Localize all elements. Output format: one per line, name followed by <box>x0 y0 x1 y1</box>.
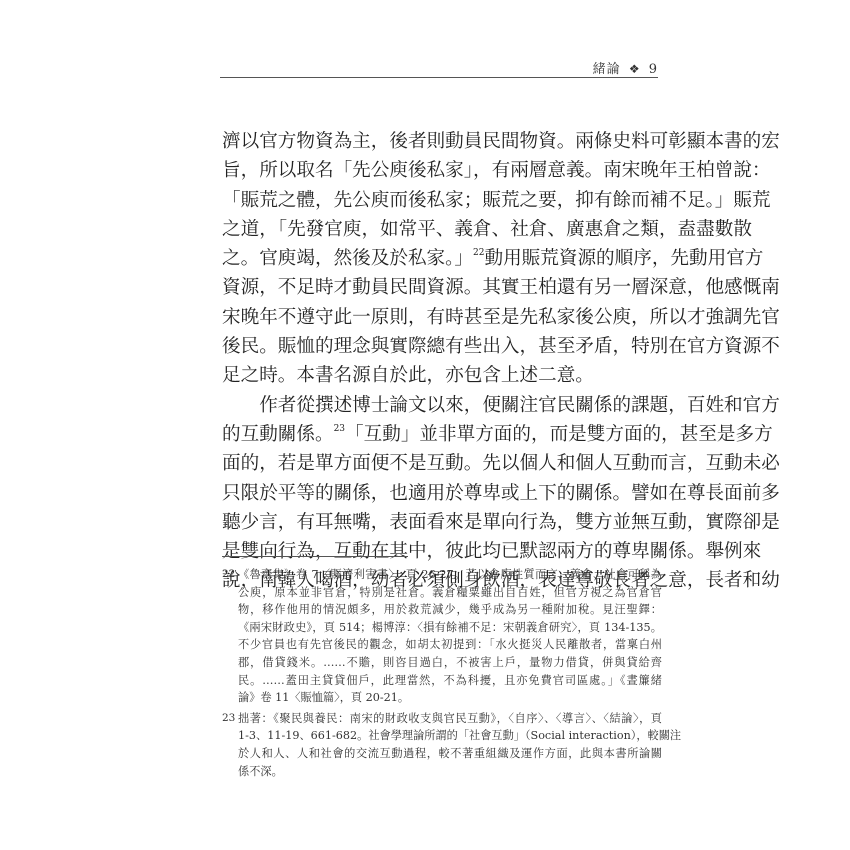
body-line: 的互動關係。23「互動」並非單方面的，而是雙方面的，甚至是多方 <box>222 420 662 449</box>
footnote-number: 22 <box>222 566 235 584</box>
footnote-line: 《魯齋集》卷 7〈賑濟利害書〉，頁 26-27。若以倉庾性質而言，義倉、社倉可稱… <box>238 566 662 584</box>
ornament-icon: ❖ <box>629 62 641 76</box>
body-line-part: 動用賑荒資源的順序，先動用官方 <box>484 248 763 269</box>
body-line: 足之時。本書名源自於此，亦包含上述二意。 <box>222 361 662 390</box>
footnote-line: 郡，借貸錢米。……不贍，則咨目過白，不被害上戶，量物力借貸，併與貸給齊 <box>238 654 662 672</box>
footnote-line: 論》卷 11〈賑恤篇〉，頁 20-21。 <box>238 689 662 707</box>
footnote-number: 23 <box>222 710 235 728</box>
footnote-23: 23 拙著：《聚民與養民：南宋的財政收支與官民互動》，〈自序〉、〈導言〉、〈結論… <box>222 710 662 780</box>
book-page: 緒論 ❖ 9 濟以官方物資為主，後者則動員民間物資。兩條史料可彰顯本書的宏 旨，… <box>0 0 850 850</box>
body-line: 宋晚年不遵守此一原則，有時甚至是先私家後公庾，所以才強調先官 <box>222 303 662 332</box>
footnote-line: 係不深。 <box>238 763 662 781</box>
footnote-ref-22[interactable]: 22 <box>473 248 484 258</box>
body-line: 後民。賑恤的理念與實際總有些出入，甚至矛盾，特別在官方資源不 <box>222 332 662 361</box>
body-line-part: 之。官庾竭，然後及於私家。」 <box>222 248 473 269</box>
body-line: 聽少言，有耳無嘴，表面看來是單向行為，雙方並無互動，實際卻是 <box>222 508 662 537</box>
footnote-line: 1-3、11-19、661-682。社會學理論所謂的「社會互動」（Social … <box>238 727 662 745</box>
body-line: 只限於平等的關係，也適用於尊卑或上下的關係。譬如在尊長面前多 <box>222 479 662 508</box>
body-line: 旨，所以取名「先公庾後私家」，有兩層意義。南宋晚年王柏曾說： <box>222 156 662 185</box>
body-line: 是雙向行為，互動在其中，彼此均已默認兩方的尊卑關係。舉例來 <box>222 537 662 566</box>
page-number: 9 <box>649 62 658 77</box>
footnote-ref-23[interactable]: 23 <box>334 424 345 434</box>
chapter-title: 緒論 <box>593 62 621 77</box>
footnotes: 22 《魯齋集》卷 7〈賑濟利害書〉，頁 26-27。若以倉庾性質而言，義倉、社… <box>222 566 662 783</box>
footnote-separator <box>222 556 408 557</box>
body-line: 面的，若是單方面便不是互動。先以個人和個人互動而言，互動未必 <box>222 449 662 478</box>
footnote-line: 民。……蓋田主貸貸佃戶，此理當然，不為科擾，且亦免費官司區處。」《晝簾緒 <box>238 672 662 690</box>
body-line: 作者從撰述博士論文以來，便關注官民關係的課題，百姓和官方 <box>222 391 662 420</box>
body-line: 之。官庾竭，然後及於私家。」22動用賑荒資源的順序，先動用官方 <box>222 244 662 273</box>
footnote-line: 《兩宋財政史》，頁 514；楊博淳：〈損有餘補不足：宋朝義倉研究〉，頁 134-… <box>238 619 662 637</box>
body-text: 濟以官方物資為主，後者則動員民間物資。兩條史料可彰顯本書的宏 旨，所以取名「先公… <box>222 127 662 596</box>
footnote-line: 拙著：《聚民與養民：南宋的財政收支與官民互動》，〈自序〉、〈導言〉、〈結論〉，頁 <box>238 710 662 728</box>
body-line: 之道，「先發官庾，如常平、義倉、社倉、廣惠倉之類，盍盡數散 <box>222 215 662 244</box>
body-line-part: 「互動」並非單方面的，而是雙方面的，甚至是多方 <box>345 424 773 445</box>
footnote-line: 物，移作他用的情況頗多，用於救荒減少，幾乎成為另一種附加稅。見汪聖鐸： <box>238 601 662 619</box>
footnote-22: 22 《魯齋集》卷 7〈賑濟利害書〉，頁 26-27。若以倉庾性質而言，義倉、社… <box>222 566 662 707</box>
body-line: 「賑荒之體，先公庾而後私家；賑荒之要，抑有餘而補不足。」賑荒 <box>222 186 662 215</box>
footnote-line: 不少官員也有先官後民的觀念，如胡太初提到：「水火挺災人民離散者，當稟白州 <box>238 636 662 654</box>
body-line-part: 的互動關係。 <box>222 424 334 445</box>
body-line: 濟以官方物資為主，後者則動員民間物資。兩條史料可彰顯本書的宏 <box>222 127 662 156</box>
running-head: 緒論 ❖ 9 <box>220 58 658 76</box>
footnote-line: 公庾，原本並非官倉，特別是社倉。義倉糧粟雖出自百姓，但官方視之為官倉官 <box>238 584 662 602</box>
header-rule <box>220 77 658 78</box>
body-line: 資源，不足時才動員民間資源。其實王柏還有另一層深意，他感慨南 <box>222 273 662 302</box>
footnote-line: 於人和人、人和社會的交流互動過程，較不著重組織及運作方面，此與本書所論關 <box>238 745 662 763</box>
